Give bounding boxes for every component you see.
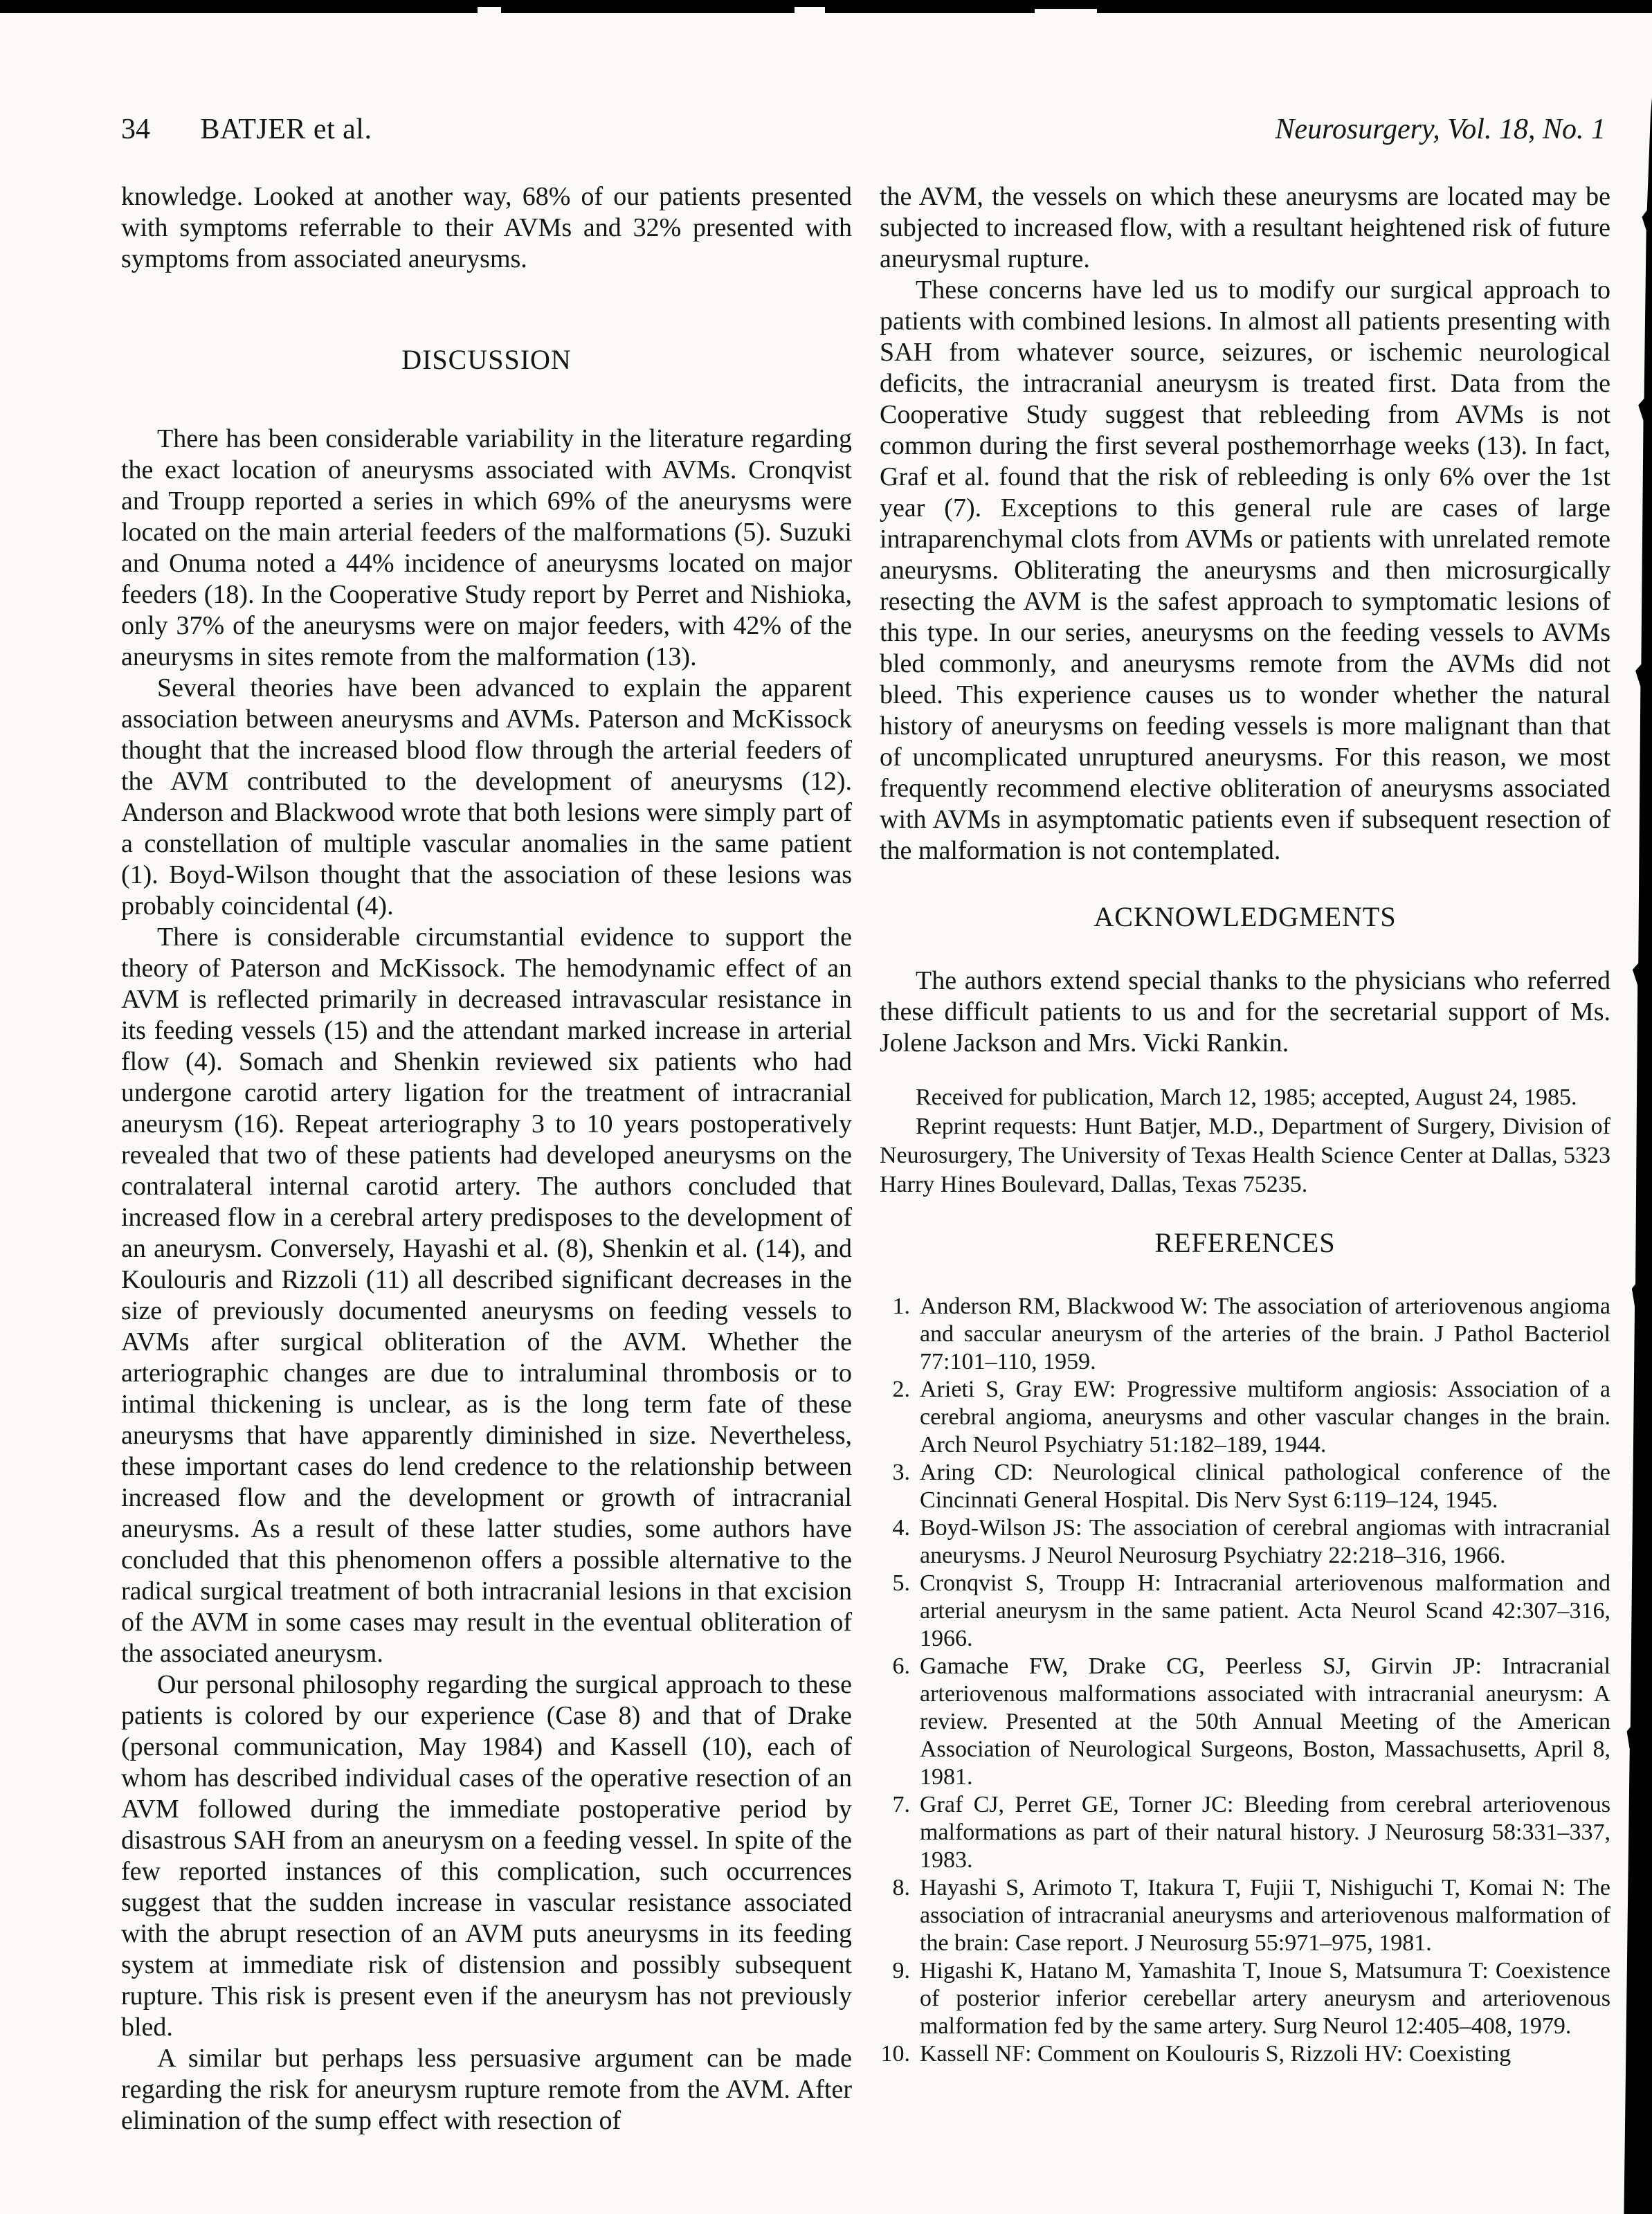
journal-reference: Neurosurgery, Vol. 18, No. 1 <box>1275 113 1606 146</box>
continuation-paragraph: knowledge. Looked at another way, 68% of… <box>121 181 852 275</box>
running-authors: BATJER et al. <box>201 113 372 146</box>
reference-number: 9. <box>880 1957 910 1985</box>
reference-item: 10. Kassell NF: Comment on Koulouris S, … <box>880 2040 1610 2068</box>
references-list: 1. Anderson RM, Blackwood W: The associa… <box>880 1293 1610 2068</box>
reference-item: 3. Aring CD: Neurological clinical patho… <box>880 1459 1610 1514</box>
reference-item: 9. Higashi K, Hatano M, Yamashita T, Ino… <box>880 1957 1610 2040</box>
reprint-note: Reprint requests: Hunt Batjer, M.D., Dep… <box>880 1112 1610 1199</box>
reference-item: 8. Hayashi S, Arimoto T, Itakura T, Fuji… <box>880 1874 1610 1957</box>
reference-text: Anderson RM, Blackwood W: The associatio… <box>920 1294 1610 1374</box>
left-column: knowledge. Looked at another way, 68% of… <box>121 181 852 2136</box>
running-head: 34 BATJER et al. Neurosurgery, Vol. 18, … <box>121 113 1606 146</box>
right-column: the AVM, the vessels on which these aneu… <box>880 181 1610 2136</box>
scan-artifact-notch <box>1035 9 1097 13</box>
body-paragraph: These concerns have led us to modify our… <box>880 275 1610 866</box>
reference-number: 2. <box>880 1376 910 1404</box>
reference-text: Graf CJ, Perret GE, Torner JC: Bleeding … <box>920 1792 1610 1873</box>
scan-artifact-notch <box>795 7 825 13</box>
reference-item: 1. Anderson RM, Blackwood W: The associa… <box>880 1293 1610 1376</box>
running-head-left: 34 BATJER et al. <box>121 113 372 146</box>
section-heading-references: REFERENCES <box>880 1227 1610 1258</box>
journal-page: 34 BATJER et al. Neurosurgery, Vol. 18, … <box>0 0 1652 2214</box>
reference-number: 4. <box>880 1514 910 1542</box>
body-paragraph: There has been considerable variability … <box>121 424 852 673</box>
reference-text: Hayashi S, Arimoto T, Itakura T, Fujii T… <box>920 1875 1610 1956</box>
reference-number: 5. <box>880 1570 910 1597</box>
reference-text: Boyd-Wilson JS: The association of cereb… <box>920 1515 1610 1568</box>
reference-number: 8. <box>880 1874 910 1902</box>
acknowledgments-paragraph: The authors extend special thanks to the… <box>880 965 1610 1059</box>
scan-artifact-notch <box>478 7 501 13</box>
reference-number: 10. <box>880 2040 910 2068</box>
reference-text: Arieti S, Gray EW: Progressive multiform… <box>920 1377 1610 1458</box>
body-paragraph: Several theories have been advanced to e… <box>121 673 852 922</box>
reference-number: 7. <box>880 1791 910 1819</box>
reference-item: 4. Boyd-Wilson JS: The association of ce… <box>880 1514 1610 1570</box>
received-note: Received for publication, March 12, 1985… <box>880 1083 1610 1112</box>
reference-number: 3. <box>880 1459 910 1487</box>
section-heading-acknowledgments: ACKNOWLEDGMENTS <box>880 901 1610 932</box>
reference-text: Gamache FW, Drake CG, Peerless SJ, Girvi… <box>920 1653 1610 1790</box>
reference-number: 6. <box>880 1653 910 1680</box>
reference-text: Aring CD: Neurological clinical patholog… <box>920 1460 1610 1513</box>
two-column-body: knowledge. Looked at another way, 68% of… <box>0 181 1652 2136</box>
continuation-paragraph: the AVM, the vessels on which these aneu… <box>880 181 1610 275</box>
body-paragraph: A similar but perhaps less persuasive ar… <box>121 2043 852 2136</box>
reference-item: 6. Gamache FW, Drake CG, Peerless SJ, Gi… <box>880 1653 1610 1791</box>
section-heading-discussion: DISCUSSION <box>121 344 852 375</box>
body-paragraph: Our personal philosophy regarding the su… <box>121 1669 852 2043</box>
reference-text: Kassell NF: Comment on Koulouris S, Rizz… <box>920 2041 1511 2067</box>
reference-item: 7. Graf CJ, Perret GE, Torner JC: Bleedi… <box>880 1791 1610 1874</box>
scan-artifact-top-bar <box>0 0 1652 13</box>
reference-text: Higashi K, Hatano M, Yamashita T, Inoue … <box>920 1958 1610 2039</box>
body-paragraph: There is considerable circumstantial evi… <box>121 922 852 1669</box>
reference-item: 2. Arieti S, Gray EW: Progressive multif… <box>880 1376 1610 1459</box>
page-number: 34 <box>121 113 150 146</box>
reference-number: 1. <box>880 1293 910 1321</box>
reference-item: 5. Cronqvist S, Troupp H: Intracranial a… <box>880 1570 1610 1653</box>
reference-text: Cronqvist S, Troupp H: Intracranial arte… <box>920 1570 1610 1651</box>
